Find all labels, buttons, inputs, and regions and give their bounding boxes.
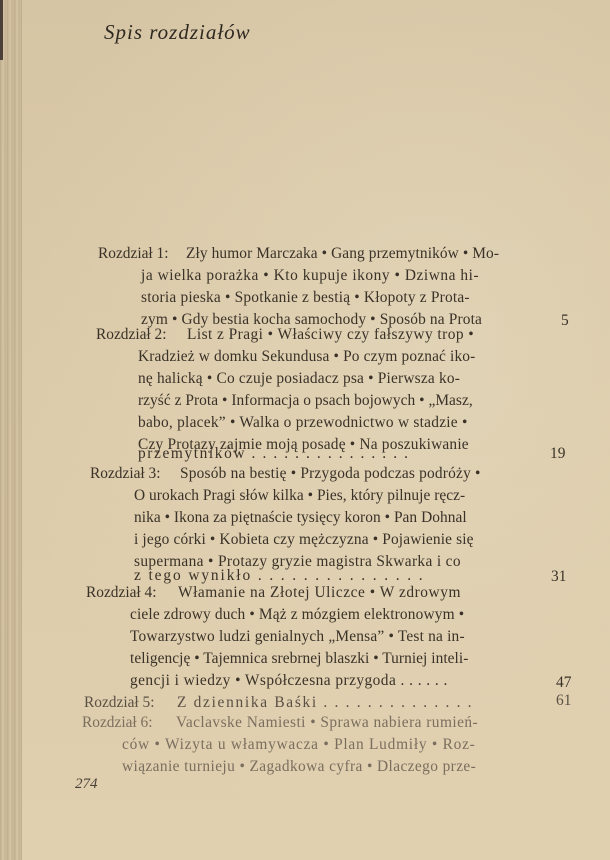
chapter-line: Vaclavske Namiesti • Sprawa nabiera rumi… (176, 712, 478, 734)
page-edges (0, 0, 22, 860)
chapter-line: przemytników . . . . . . . . . . . . . .… (138, 443, 410, 465)
chapter-line: O urokach Pragi słów kilka • Pies, który… (134, 485, 465, 507)
page-number: 31 (551, 566, 566, 588)
chapter-line: Zły humor Marczaka • Gang przemytników •… (186, 243, 499, 265)
page-number: 61 (556, 690, 571, 712)
chapter-label: Rozdział 6: (82, 712, 153, 734)
chapter-line: teligencję • Tajemnica srebrnej blaszki … (130, 648, 468, 670)
book-page: Spis rozdziałów Rozdział 1: Zły humor Ma… (0, 0, 610, 860)
chapter-line: babo, placek” • Walka o przewodnictwo w … (138, 412, 468, 434)
page-number: 19 (550, 443, 565, 465)
chapter-label: Rozdział 4: (86, 582, 157, 604)
chapter-line: Sposób na bestię • Przygoda podczas podr… (180, 463, 481, 485)
chapter-line: wiązanie turnieju • Zagadkowa cyfra • Dl… (122, 756, 476, 778)
chapter-line: ciele zdrowy duch • Mąż z mózgiem elektr… (130, 604, 464, 626)
chapter-line: nika • Ikona za piętnaście tysięcy koron… (134, 507, 467, 529)
chapter-line: i jego córki • Kobieta czy mężczyzna • P… (134, 529, 474, 551)
chapter-line: List z Pragi • Właściwy czy fałszywy tro… (187, 324, 474, 346)
page-title: Spis rozdziałów (104, 20, 251, 45)
chapter-line: Włamanie na Złotej Uliczce • W zdrowym (178, 582, 461, 604)
page-number-folio: 274 (75, 776, 98, 793)
chapter-label: Rozdział 2: (96, 324, 167, 346)
chapter-line: storia pieska • Spotkanie z bestią • Kło… (141, 287, 470, 309)
chapter-line: Towarzystwo ludzi genialnych „Mensa” • T… (130, 626, 465, 648)
chapter-line: ja wielka porażka • Kto kupuje ikony • D… (141, 265, 479, 287)
chapter-line: gencji i wiedzy • Współczesna przygoda .… (130, 670, 448, 692)
binding-shadow (0, 0, 3, 60)
chapter-line: Z dziennika Baśki . . . . . . . . . . . … (177, 692, 473, 714)
chapter-label: Rozdział 3: (90, 463, 161, 485)
chapter-label: Rozdział 1: (98, 243, 169, 265)
chapter-line: rzyść z Prota • Informacja o psach bojow… (138, 390, 473, 412)
page-number: 5 (561, 310, 569, 332)
chapter-line: Kradzież w domku Sekundusa • Po czym poz… (138, 346, 475, 368)
chapter-line: nę halicką • Co czuje posiadacz psa • Pi… (138, 368, 460, 390)
chapter-label: Rozdział 5: (84, 692, 155, 714)
chapter-line: ców • Wizyta u włamywacza • Plan Ludmiły… (122, 734, 476, 756)
